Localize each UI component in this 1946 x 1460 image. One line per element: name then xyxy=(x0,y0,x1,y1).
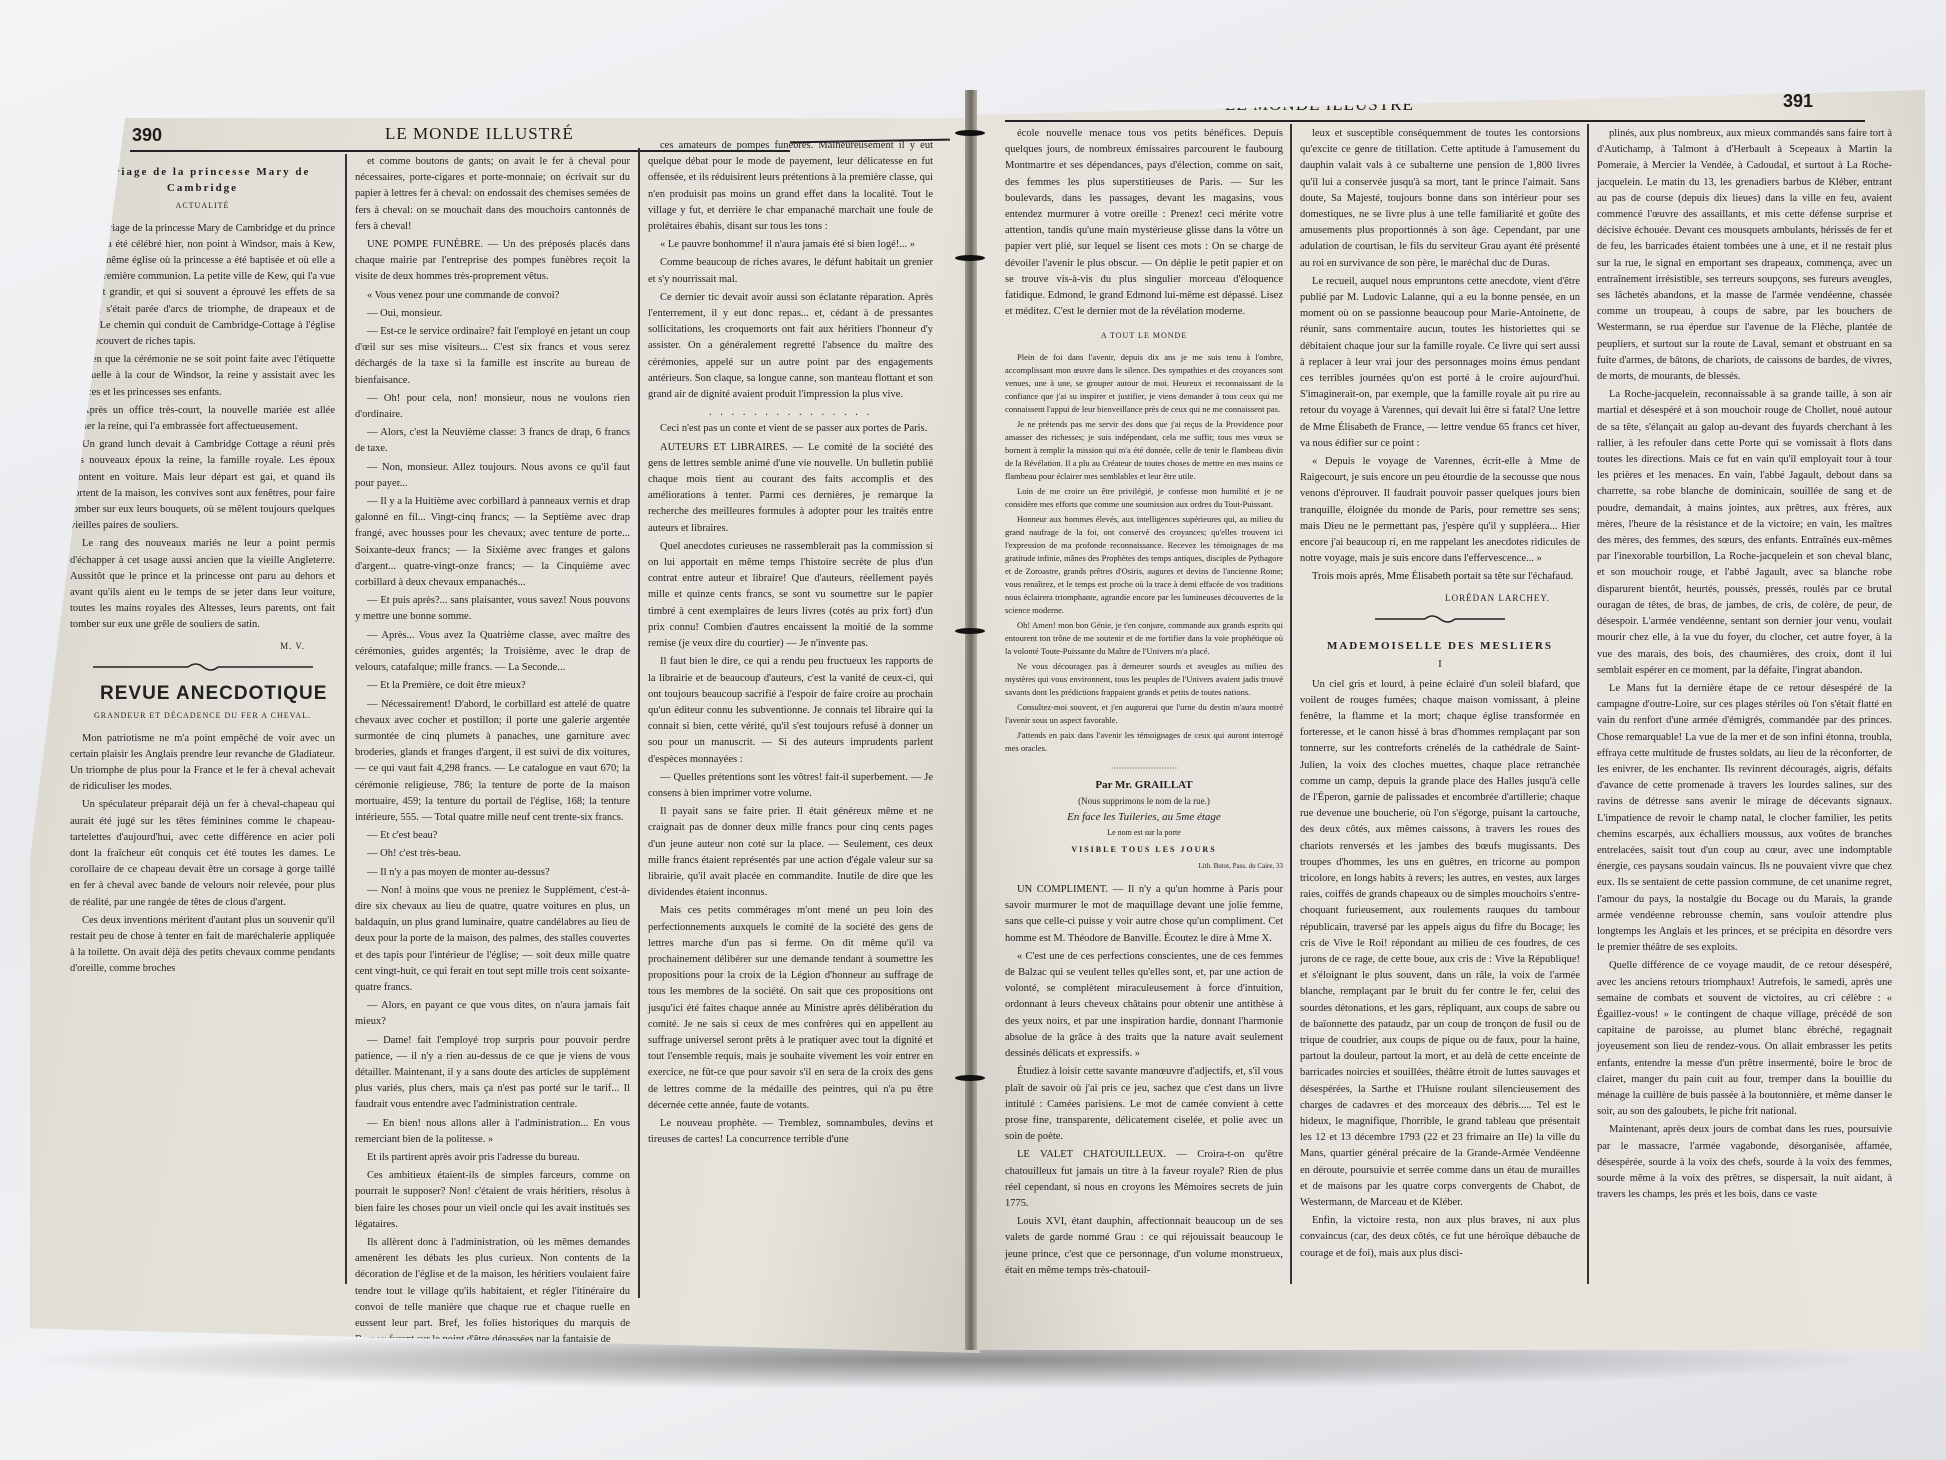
article-title: Mariage de la princesse Mary de Cambridg… xyxy=(70,164,335,196)
binding-stitch xyxy=(955,130,985,136)
paragraph: Trois mois après, Mme Élisabeth portait … xyxy=(1300,569,1580,585)
ad-printer: Lith. Butot, Pass. du Caire, 33 xyxy=(1005,858,1283,874)
paragraph: UN COMPLIMENT. — Il n'y a qu'un homme à … xyxy=(1005,882,1283,947)
paragraph: Plein de foi dans l'avenir, depuis dix a… xyxy=(1005,351,1283,416)
right-column-2: leux et susceptible conséquemment de tou… xyxy=(1300,126,1580,1264)
masthead-left: LE MONDE ILLUSTRÉ xyxy=(385,124,574,144)
paragraph: Honneur aux hommes élevés, aux intellige… xyxy=(1005,513,1283,617)
paragraph: Quel anecdotes curieuses ne rassemblerai… xyxy=(648,539,933,652)
paragraph: ces amateurs de pompes funèbres. Malheur… xyxy=(648,138,933,235)
paragraph: — Et c'est beau? xyxy=(355,828,630,844)
ad-author: Par Mr. GRAILLAT xyxy=(1005,777,1283,793)
paragraph: école nouvelle menace tous vos petits bé… xyxy=(1005,126,1283,320)
paragraph: Ils allèrent donc à l'administration, où… xyxy=(355,1235,630,1348)
paragraph: Ces ambitieux étaient-ils de simples far… xyxy=(355,1168,630,1233)
paragraph: — Alors, en payant ce que vous dites, on… xyxy=(355,998,630,1030)
paragraph: Ces deux inventions méritent d'autant pl… xyxy=(70,913,335,978)
paragraph: — Oh! pour cela, non! monsieur, nous ne … xyxy=(355,391,630,423)
paragraph: Il payait sans se faire prier. Il était … xyxy=(648,804,933,901)
paragraph: Étudiez à loisir cette savante manœuvre … xyxy=(1005,1064,1283,1145)
paragraph: « Vous venez pour une commande de convoi… xyxy=(355,288,630,304)
paragraph: — Il y a la Huitième avec corbillard à p… xyxy=(355,494,630,591)
paragraph: « Le pauvre bonhomme! il n'aura jamais é… xyxy=(648,237,933,253)
paragraph: — Dame! fait l'employé trop surpris pour… xyxy=(355,1033,630,1114)
paragraph: — Quelles prétentions sont les vôtres! f… xyxy=(648,770,933,802)
paragraph: Louis XVI, étant dauphin, affectionnait … xyxy=(1005,1214,1283,1279)
paragraph: Quelle différence de ce voyage maudit, d… xyxy=(1597,958,1892,1120)
paragraph: J'attends en paix dans l'avenir les témo… xyxy=(1005,729,1283,755)
paragraph: leux et susceptible conséquemment de tou… xyxy=(1300,126,1580,272)
binding-gutter xyxy=(965,90,977,1350)
paragraph: UNE POMPE FUNÈBRE. — Un des préposés pla… xyxy=(355,237,630,286)
masthead-right: LE MONDE ILLUSTRÉ xyxy=(1225,95,1414,115)
paragraph: — Est-ce le service ordinaire? fait l'em… xyxy=(355,324,630,389)
paragraph: Bien que la cérémonie ne se soit point f… xyxy=(70,352,335,401)
feuilleton-title: MADEMOISELLE DES MESLIERS xyxy=(1300,638,1580,654)
signature: LORÉDAN LARCHEY. xyxy=(1300,590,1550,606)
paragraph: Consultez-moi souvent, et j'en augurerai… xyxy=(1005,701,1283,727)
left-column-2: et comme boutons de gants; on avait le f… xyxy=(355,154,630,1350)
paragraph: — Alors, c'est la Neuvième classe: 3 fra… xyxy=(355,425,630,457)
paragraph: Mais ces petits commérages m'ont mené un… xyxy=(648,903,933,1114)
column-divider xyxy=(345,154,347,1284)
paragraph: Ce dernier tic devait avoir aussi son éc… xyxy=(648,290,933,403)
paragraph: Le nouveau prophète. — Tremblez, somnamb… xyxy=(648,1116,933,1148)
paragraph: Et ils partirent après avoir pris l'adre… xyxy=(355,1150,630,1166)
header-rule-right xyxy=(1005,120,1865,122)
paragraph: Loin de me croire un être privilégié, je… xyxy=(1005,485,1283,511)
paragraph: et comme boutons de gants; on avait le f… xyxy=(355,154,630,235)
page-number-right: 391 xyxy=(1783,91,1813,112)
notice-title: A TOUT LE MONDE xyxy=(1005,328,1283,344)
dot-separator: . . . . . . . . . . . . . . . xyxy=(648,405,933,421)
left-page: 390 LE MONDE ILLUSTRÉ Mariage de la prin… xyxy=(30,118,980,1353)
right-column-3: plinés, aux plus nombreux, aux mieux com… xyxy=(1597,126,1892,1205)
paragraph: — Nécessairement! D'abord, le corbillard… xyxy=(355,697,630,827)
paragraph: Comme beaucoup de riches avares, le défu… xyxy=(648,255,933,287)
binding-stitch xyxy=(955,1075,985,1081)
chapter-number: I xyxy=(1300,656,1580,672)
ornament-divider xyxy=(70,662,335,678)
paragraph: — Après... Vous avez la Quatrième classe… xyxy=(355,628,630,677)
paragraph: — Et la Première, ce doit être mieux? xyxy=(355,678,630,694)
paragraph: Oh! Amen! mon bon Génie, je t'en conjure… xyxy=(1005,619,1283,658)
paragraph: Un ciel gris et lourd, à peine éclairé d… xyxy=(1300,677,1580,1212)
paragraph: — Non, monsieur. Allez toujours. Nous av… xyxy=(355,460,630,492)
column-divider xyxy=(638,148,640,1298)
paragraph: La Roche-jacquelein, reconnaissable à sa… xyxy=(1597,387,1892,679)
signature: M. V. xyxy=(70,638,305,654)
ornament-divider xyxy=(1300,614,1580,630)
paragraph: Mon patriotisme ne m'a point empêché de … xyxy=(70,731,335,796)
binding-stitch xyxy=(955,628,985,634)
right-page: LE MONDE ILLUSTRÉ 391 école nouvelle men… xyxy=(965,90,1925,1350)
left-column-1: Mariage de la princesse Mary de Cambridg… xyxy=(70,158,335,980)
paragraph: Ceci n'est pas un conte et vient de se p… xyxy=(648,421,933,437)
ad-note: (Nous supprimons le nom de la rue.) xyxy=(1005,793,1283,809)
ad-dots: ························· xyxy=(1005,761,1283,777)
paragraph: « Depuis le voyage de Varennes, écrit-el… xyxy=(1300,454,1580,567)
paragraph: plinés, aux plus nombreux, aux mieux com… xyxy=(1597,126,1892,385)
right-column-1: école nouvelle menace tous vos petits bé… xyxy=(1005,126,1283,1281)
paragraph: Le recueil, auquel nous empruntons cette… xyxy=(1300,274,1580,452)
paragraph: Le Mans fut la dernière étape de ce reto… xyxy=(1597,681,1892,956)
section-subtitle: GRANDEUR ET DÉCADENCE DU FER A CHEVAL. xyxy=(70,708,335,724)
page-number-left: 390 xyxy=(132,125,162,146)
paragraph: « C'est une de ces perfections conscient… xyxy=(1005,949,1283,1062)
left-column-3: ces amateurs de pompes funèbres. Malheur… xyxy=(648,138,933,1150)
ad-location: En face les Tuileries, au 5me étage xyxy=(1005,809,1283,825)
paragraph: Un grand lunch devait à Cambridge Cottag… xyxy=(70,437,335,534)
article-kicker: ACTUALITÉ xyxy=(70,198,335,214)
ad-door: Le nom est sur la porte xyxy=(1005,825,1283,841)
column-divider xyxy=(1587,124,1589,1284)
paragraph: Le mariage de la princesse Mary de Cambr… xyxy=(70,221,335,351)
paragraph: Un spéculateur préparait déjà un fer à c… xyxy=(70,797,335,910)
paragraph: — Oh! c'est très-beau. xyxy=(355,846,630,862)
paragraph: Le rang des nouveaux mariés ne leur a po… xyxy=(70,536,335,633)
paragraph: Je ne prétends pas me servir des dons qu… xyxy=(1005,418,1283,483)
paragraph: — Oui, monsieur. xyxy=(355,306,630,322)
paragraph: Enfin, la victoire resta, non aux plus b… xyxy=(1300,1213,1580,1262)
paragraph: — Il n'y a pas moyen de monter au-dessus… xyxy=(355,865,630,881)
paragraph: Il faut bien le dire, ce qui a rendu peu… xyxy=(648,654,933,767)
paragraph: LE VALET CHATOUILLEUX. — Croira-t-on qu'… xyxy=(1005,1147,1283,1212)
paragraph: — En bien! nous allons aller à l'adminis… xyxy=(355,1116,630,1148)
column-divider xyxy=(1290,124,1292,1284)
paragraph: — Non! à moins que vous ne preniez le Su… xyxy=(355,883,630,996)
paragraph: Maintenant, après deux jours de combat d… xyxy=(1597,1122,1892,1203)
paragraph: Après un office très-court, la nouvelle … xyxy=(70,403,335,435)
graillat-advertisement: ························· Par Mr. GRAILL… xyxy=(1005,761,1283,874)
section-title: REVUE ANECDOTIQUE xyxy=(100,686,335,702)
paragraph: Ne vous découragez pas à demeurer sourds… xyxy=(1005,660,1283,699)
ad-visible: VISIBLE TOUS LES JOURS xyxy=(1005,842,1283,858)
paragraph: — Et puis après?... sans plaisanter, vou… xyxy=(355,593,630,625)
paragraph: AUTEURS ET LIBRAIRES. — Le comité de la … xyxy=(648,440,933,537)
binding-stitch xyxy=(955,255,985,261)
